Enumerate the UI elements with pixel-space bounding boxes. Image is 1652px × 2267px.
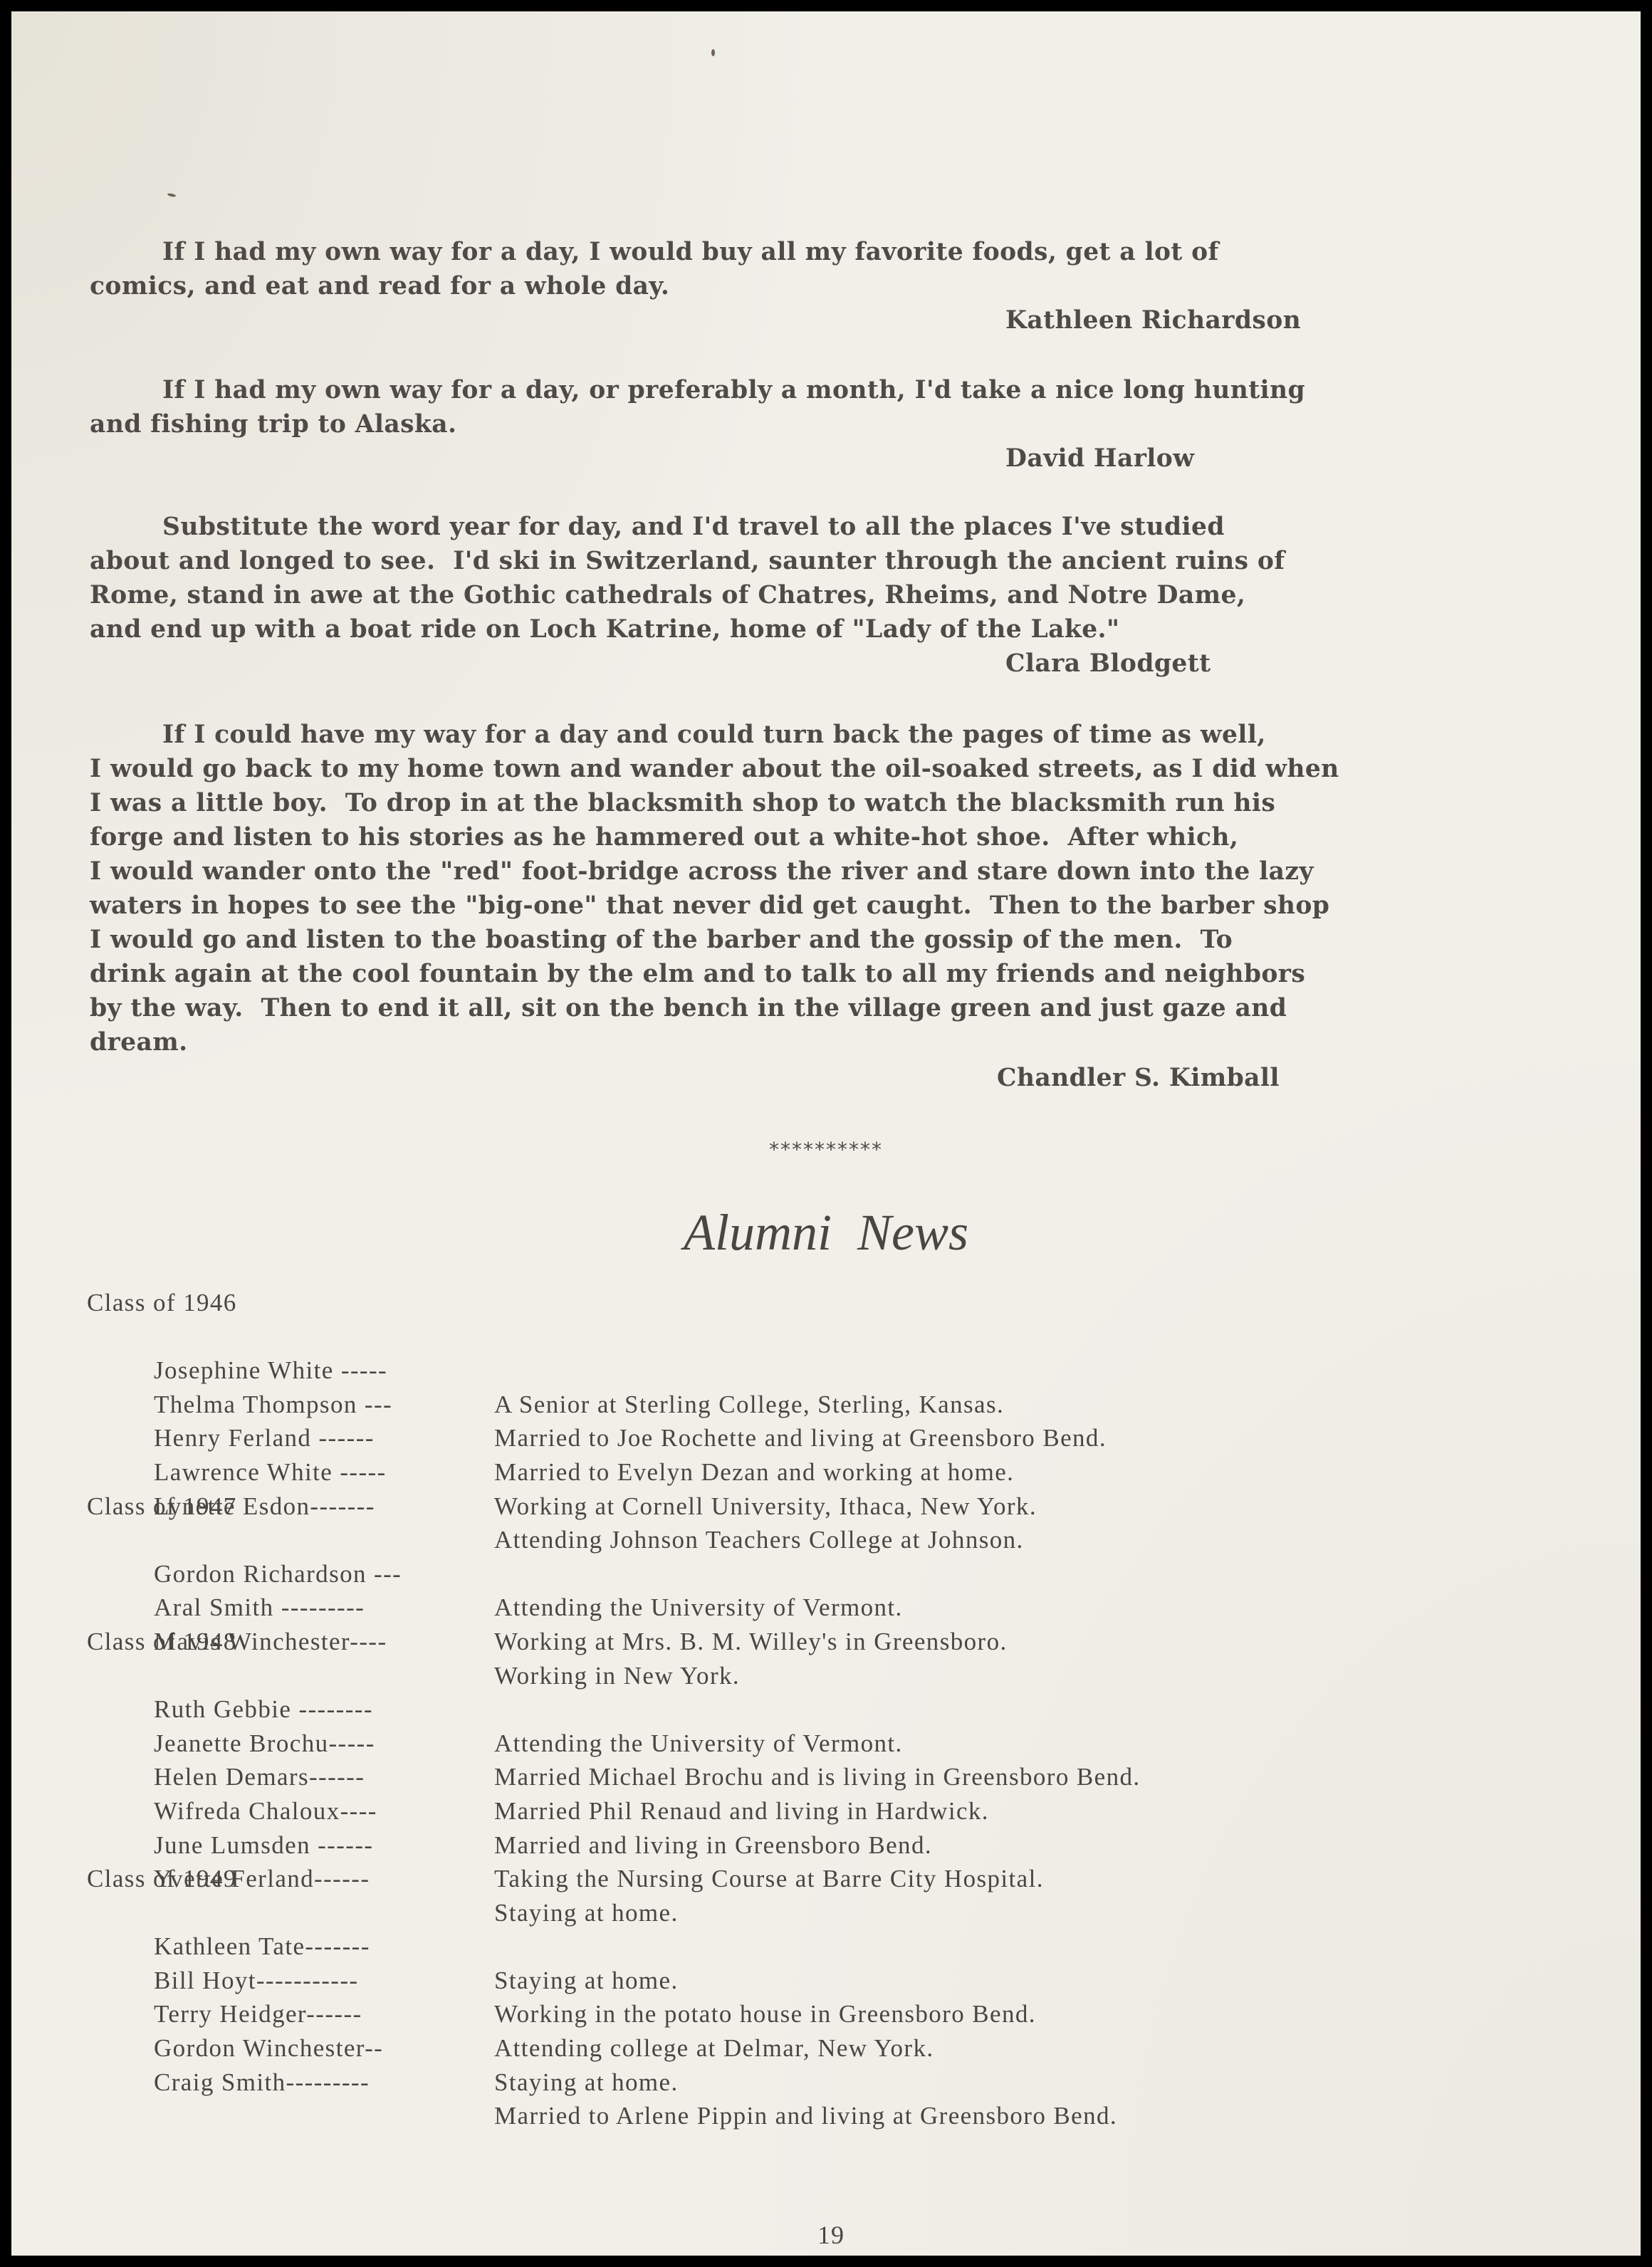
essay-line: waters in hopes to see the "big-one" tha… bbox=[90, 889, 1514, 923]
alumni-entry: Aral Smith --------- Working at Mrs. B. … bbox=[87, 1557, 1511, 1591]
alumni-entry: Gordon Richardson --- Attending the Univ… bbox=[87, 1523, 1511, 1557]
alumni-status: Working at Mrs. B. M. Willey's in Greens… bbox=[494, 1625, 1008, 1659]
class-heading: Class of 1946 bbox=[87, 1286, 1511, 1320]
essay-line: Substitute the word year for day, and I'… bbox=[90, 510, 1514, 544]
essay-chandler-kimball: If I could have my way for a day and cou… bbox=[90, 718, 1514, 1095]
ink-speck bbox=[167, 193, 177, 197]
essay-author: David Harlow bbox=[90, 441, 1514, 476]
alumni-entry: Henry Ferland ------ Married to Evelyn D… bbox=[87, 1388, 1511, 1422]
essay-clara-blodgett: Substitute the word year for day, and I'… bbox=[90, 510, 1514, 681]
essay-line: comics, and eat and read for a whole day… bbox=[90, 269, 1514, 303]
essay-line: drink again at the cool fountain by the … bbox=[90, 957, 1514, 991]
essay-author: Kathleen Richardson bbox=[90, 303, 1514, 337]
essay-line: Rome, stand in awe at the Gothic cathedr… bbox=[90, 578, 1514, 612]
alumni-entry: Kathleen Tate------- Staying at home. bbox=[87, 1896, 1511, 1930]
alumni-status: Working at Cornell University, Ithaca, N… bbox=[494, 1489, 1037, 1524]
essay-line: I would go back to my home town and wand… bbox=[90, 752, 1514, 786]
alumni-entry: Yvette Ferland------ Staying at home. bbox=[87, 1828, 1511, 1863]
essay-author: Clara Blodgett bbox=[90, 646, 1514, 681]
alumni-status: Married to Arlene Pippin and living at G… bbox=[494, 2099, 1117, 2133]
page-number: 19 bbox=[0, 2220, 1652, 2250]
alumni-name: Yvette Ferland------ bbox=[154, 1862, 370, 1896]
alumni-entry: Lawrence White ----- Working at Cornell … bbox=[87, 1421, 1511, 1455]
essay-line: If I had my own way for a day, I would b… bbox=[90, 235, 1514, 269]
alumni-entry: Wifreda Chaloux---- Married and living i… bbox=[87, 1760, 1511, 1794]
alumni-entry: Thelma Thompson --- Married to Joe Roche… bbox=[87, 1354, 1511, 1388]
essay-line: by the way. Then to end it all, sit on t… bbox=[90, 991, 1514, 1025]
essay-line: If I could have my way for a day and cou… bbox=[90, 718, 1514, 752]
alumni-entry: Mavis Winchester---- Working in New York… bbox=[87, 1591, 1511, 1625]
essay-kathleen-richardson: If I had my own way for a day, I would b… bbox=[90, 235, 1514, 337]
alumni-name: Craig Smith--------- bbox=[154, 2066, 370, 2100]
ink-speck bbox=[711, 49, 715, 56]
essay-line: If I had my own way for a day, or prefer… bbox=[90, 373, 1514, 407]
alumni-entry: Gordon Winchester-- Staying at home. bbox=[87, 1997, 1511, 2031]
essay-line: and end up with a boat ride on Loch Katr… bbox=[90, 612, 1514, 646]
section-title-alumni-news: Alumni News bbox=[0, 1203, 1652, 1262]
essay-line: about and longed to see. I'd ski in Swit… bbox=[90, 544, 1514, 578]
essay-line: dream. bbox=[90, 1025, 1514, 1059]
alumni-entry: June Lumsden ------ Taking the Nursing C… bbox=[87, 1794, 1511, 1828]
alumni-entry: Craig Smith--------- Married to Arlene P… bbox=[87, 2031, 1511, 2066]
essay-david-harlow: If I had my own way for a day, or prefer… bbox=[90, 373, 1514, 476]
essay-line: forge and listen to his stories as he ha… bbox=[90, 820, 1514, 854]
alumni-entry: Terry Heidger------ Attending college at… bbox=[87, 1964, 1511, 1998]
alumni-entry: Helen Demars------ Married Phil Renaud a… bbox=[87, 1727, 1511, 1761]
essay-line: I would go and listen to the boasting of… bbox=[90, 923, 1514, 957]
alumni-name: Mavis Winchester---- bbox=[154, 1625, 387, 1659]
essay-line: I would wander onto the "red" foot-bridg… bbox=[90, 854, 1514, 889]
essay-line: and fishing trip to Alaska. bbox=[90, 407, 1514, 441]
alumni-entry: Lynette Esdon------- Attending Johnson T… bbox=[87, 1455, 1511, 1489]
essay-author: Chandler S. Kimball bbox=[90, 1061, 1514, 1095]
section-divider: ********** bbox=[0, 1138, 1652, 1161]
essay-line: I was a little boy. To drop in at the bl… bbox=[90, 786, 1514, 820]
alumni-list: Class of 1946 Josephine White ----- A Se… bbox=[87, 1286, 1511, 2066]
alumni-entry: Josephine White ----- A Senior at Sterli… bbox=[87, 1320, 1511, 1354]
alumni-name: Lynette Esdon------- bbox=[154, 1489, 375, 1524]
alumni-status: Staying at home. bbox=[494, 2066, 679, 2100]
alumni-status: Taking the Nursing Course at Barre City … bbox=[494, 1862, 1044, 1896]
alumni-entry: Jeanette Brochu----- Married Michael Bro… bbox=[87, 1692, 1511, 1727]
alumni-entry: Ruth Gebbie -------- Attending the Unive… bbox=[87, 1659, 1511, 1693]
alumni-entry: Bill Hoyt----------- Working in the pota… bbox=[87, 1930, 1511, 1964]
